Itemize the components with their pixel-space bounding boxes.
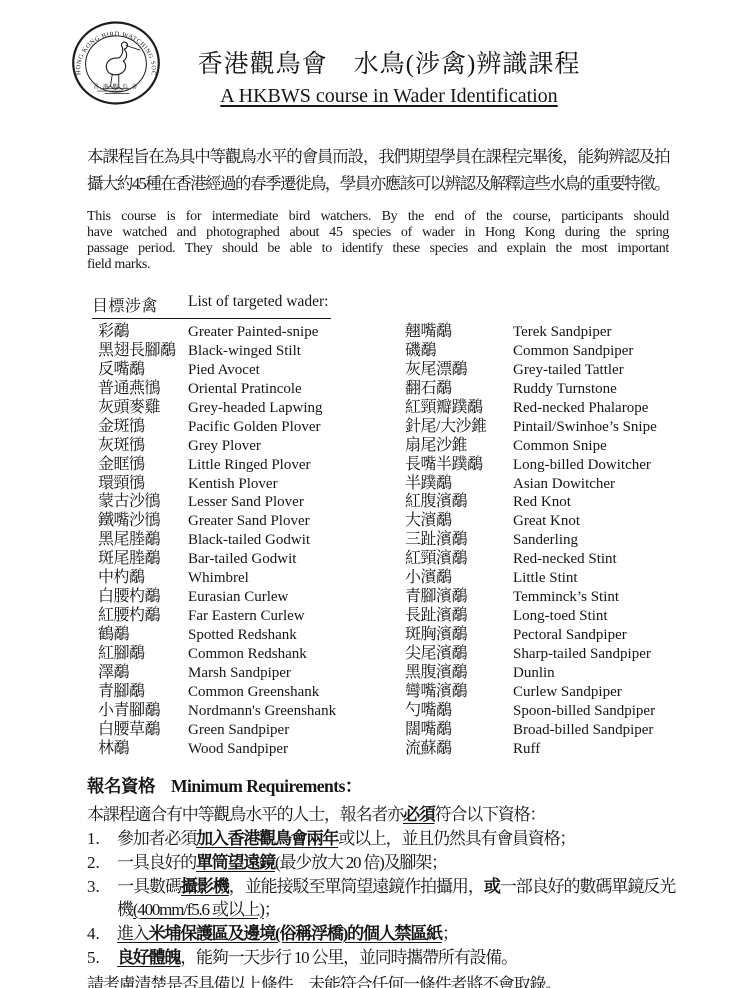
requirements-heading-cn: 報名資格 bbox=[87, 776, 155, 796]
species-row: 小青腳鷸Nordmann's Greenshank勺嘴鷸Spoon-billed… bbox=[87, 702, 687, 721]
species-cn-name: 黑尾塍鷸 bbox=[98, 531, 188, 550]
species-cn-name: 青腳鷸 bbox=[98, 683, 188, 702]
species-en-name: Whimbrel bbox=[188, 569, 405, 588]
species-en-name: Common Snipe bbox=[513, 437, 687, 456]
intro-paragraph-cn: 本課程旨在為具中等觀鳥水平的會員而設，我們期望學員在課程完畢後，能夠辨認及拍 攝… bbox=[87, 144, 669, 197]
species-cn-name: 普通燕鴴 bbox=[98, 380, 188, 399]
species-row: 彩鷸Greater Painted-snipe翹嘴鷸Terek Sandpipe… bbox=[87, 323, 687, 342]
species-cn-name: 扇尾沙錐 bbox=[405, 437, 513, 456]
text-segment: ； bbox=[264, 900, 280, 919]
species-en-name: Long-billed Dowitcher bbox=[513, 456, 687, 475]
text-segment: 單筒望遠鏡 bbox=[196, 853, 275, 872]
species-en-name: Red Knot bbox=[513, 493, 687, 512]
intro-paragraph-en: This course is for intermediate bird wat… bbox=[87, 209, 669, 273]
species-en-name: Pectoral Sandpiper bbox=[513, 626, 687, 645]
species-en-name: Pacific Golden Plover bbox=[188, 418, 405, 437]
species-en-name: Pintail/Swinhoe’s Snipe bbox=[513, 418, 687, 437]
species-en-name: Green Sandpiper bbox=[188, 721, 405, 740]
species-header: 目標涉禽 List of targeted wader: bbox=[92, 293, 331, 319]
species-en-name: Black-winged Stilt bbox=[188, 342, 405, 361]
species-en-name: Terek Sandpiper bbox=[513, 323, 687, 342]
text-segment: 米埔保護區及邊境(俗稱浮橋)的個人禁區紙 bbox=[149, 924, 442, 943]
species-cn-name: 斑胸濱鷸 bbox=[405, 626, 513, 645]
species-cn-name: 白腰杓鷸 bbox=[98, 588, 188, 607]
intro-cn-line: 本課程旨在為具中等觀鳥水平的會員而設，我們期望學員在課程完畢後，能夠辨認及拍 bbox=[87, 144, 669, 171]
species-en-name: Sanderling bbox=[513, 531, 687, 550]
species-row: 斑尾塍鷸Bar-tailed Godwit紅頸濱鷸Red-necked Stin… bbox=[87, 550, 687, 569]
species-row: 白腰草鷸Green Sandpiper闊嘴鷸Broad-billed Sandp… bbox=[87, 721, 687, 740]
species-en-name: Black-tailed Godwit bbox=[188, 531, 405, 550]
text-segment: 或以上，並且仍然具有會員資格； bbox=[338, 829, 575, 848]
species-cn-name: 白腰草鷸 bbox=[98, 721, 188, 740]
species-en-name: Ruddy Turnstone bbox=[513, 380, 687, 399]
requirement-item: 5.良好體魄，能夠一天步行 10 公里，並同時攜帶所有設備。 bbox=[87, 946, 675, 970]
requirements-footer: 請考慮清楚是否具備以上條件，未能符合任何一條件者將不會取錄。 bbox=[87, 973, 675, 988]
species-row: 環頸鴴Kentish Plover半蹼鷸Asian Dowitcher bbox=[87, 475, 687, 494]
species-row: 黑翅長腳鷸Black-winged Stilt磯鷸Common Sandpipe… bbox=[87, 342, 687, 361]
species-cn-name: 三趾濱鷸 bbox=[405, 531, 513, 550]
species-section: 目標涉禽 List of targeted wader: 彩鷸Greater P… bbox=[87, 293, 687, 759]
species-en-name: Spoon-billed Sandpiper bbox=[513, 702, 687, 721]
species-cn-name: 林鷸 bbox=[98, 740, 188, 759]
intro-en-line: This course is for intermediate bird wat… bbox=[87, 209, 669, 225]
species-en-name: Wood Sandpiper bbox=[188, 740, 405, 759]
species-en-name: Grey-tailed Tattler bbox=[513, 361, 687, 380]
intro-en-line: field marks. bbox=[87, 257, 669, 273]
species-en-name: Far Eastern Curlew bbox=[188, 607, 405, 626]
species-cn-name: 澤鷸 bbox=[98, 664, 188, 683]
species-cn-name: 紅頸濱鷸 bbox=[405, 550, 513, 569]
species-cn-name: 蒙古沙鴴 bbox=[98, 493, 188, 512]
species-cn-name: 紅頸瓣蹼鷸 bbox=[405, 399, 513, 418]
requirement-item: 3.一具數碼攝影機，並能接駁至單筒望遠鏡作拍攝用，或一部良好的數碼單鏡反光機(4… bbox=[87, 875, 675, 922]
species-cn-name: 翹嘴鷸 bbox=[405, 323, 513, 342]
intro-en-line: have watched and photographed about 45 s… bbox=[87, 225, 669, 241]
species-cn-name: 彩鷸 bbox=[98, 323, 188, 342]
species-cn-name: 鐵嘴沙鴴 bbox=[98, 512, 188, 531]
species-cn-name: 半蹼鷸 bbox=[405, 475, 513, 494]
intro-en-line: passage period. They should be able to i… bbox=[87, 241, 669, 257]
species-cn-name: 針尾/大沙錐 bbox=[405, 418, 513, 437]
species-row: 灰斑鴴Grey Plover扇尾沙錐Common Snipe bbox=[87, 437, 687, 456]
species-en-name: Ruff bbox=[513, 740, 687, 759]
species-cn-name: 黑翅長腳鷸 bbox=[98, 342, 188, 361]
text-segment: 參加者必須 bbox=[117, 829, 196, 848]
species-row: 金眶鴴Little Ringed Plover長嘴半蹼鷸Long-billed … bbox=[87, 456, 687, 475]
requirement-number: 3. bbox=[87, 875, 117, 899]
text-segment: 必須 bbox=[403, 805, 435, 824]
species-cn-name: 勺嘴鷸 bbox=[405, 702, 513, 721]
species-en-name: Common Greenshank bbox=[188, 683, 405, 702]
species-en-name: Pied Avocet bbox=[188, 361, 405, 380]
species-header-cn: 目標涉禽 bbox=[92, 293, 188, 316]
text-segment: 攝影機 bbox=[181, 877, 229, 896]
species-cn-name: 灰斑鴴 bbox=[98, 437, 188, 456]
text-segment: 或 bbox=[484, 877, 500, 896]
species-row: 黑尾塍鷸Black-tailed Godwit三趾濱鷸Sanderling bbox=[87, 531, 687, 550]
requirement-number: 1. bbox=[87, 827, 117, 851]
text-segment: 一具良好的 bbox=[117, 853, 196, 872]
species-cn-name: 流蘇鷸 bbox=[405, 740, 513, 759]
text-segment: 一具數碼 bbox=[117, 877, 181, 896]
species-cn-name: 尖尾濱鷸 bbox=[405, 645, 513, 664]
requirement-number: 2. bbox=[87, 851, 117, 875]
species-cn-name: 灰頭麥雞 bbox=[98, 399, 188, 418]
species-en-name: Great Knot bbox=[513, 512, 687, 531]
species-row: 鐵嘴沙鴴Greater Sand Plover大濱鷸Great Knot bbox=[87, 512, 687, 531]
requirements-heading-colon: ： bbox=[345, 776, 362, 796]
intro-cn-line: 攝大約45種在香港經過的春季遷徙鳥，學員亦應該可以辨認及解釋這些水鳥的重要特徵。 bbox=[87, 171, 669, 198]
species-row: 普通燕鴴Oriental Pratincole翻石鷸Ruddy Turnston… bbox=[87, 380, 687, 399]
species-row: 灰頭麥雞Grey-headed Lapwing紅頸瓣蹼鷸Red-necked P… bbox=[87, 399, 687, 418]
requirements-section: 報名資格Minimum Requirements： 本課程適合有中等觀鳥水平的人… bbox=[87, 773, 675, 988]
species-row: 澤鷸Marsh Sandpiper黑腹濱鷸Dunlin bbox=[87, 664, 687, 683]
text-segment: 進入 bbox=[117, 924, 149, 943]
species-cn-name: 大濱鷸 bbox=[405, 512, 513, 531]
text-segment: 本課程適合有中等觀鳥水平的人士，報名者亦 bbox=[87, 805, 403, 824]
species-cn-name: 長嘴半蹼鷸 bbox=[405, 456, 513, 475]
text-segment: 良好體魄 bbox=[117, 948, 180, 967]
species-cn-name: 磯鷸 bbox=[405, 342, 513, 361]
species-cn-name: 翻石鷸 bbox=[405, 380, 513, 399]
species-en-name: Red-necked Phalarope bbox=[513, 399, 687, 418]
page-title-en: A HKBWS course in Wader Identification bbox=[28, 85, 750, 108]
species-header-en: List of targeted wader: bbox=[188, 293, 331, 316]
species-en-name: Grey Plover bbox=[188, 437, 405, 456]
requirement-number: 4. bbox=[87, 922, 117, 946]
page-title-cn: 香港觀鳥會 水鳥(涉禽)辨識課程 bbox=[28, 44, 750, 80]
species-en-name: Lesser Sand Plover bbox=[188, 493, 405, 512]
species-en-name: Nordmann's Greenshank bbox=[188, 702, 405, 721]
requirement-item: 2.一具良好的單筒望遠鏡(最少放大 20 倍)及腳架； bbox=[87, 851, 675, 875]
text-segment: ； bbox=[442, 924, 458, 943]
species-en-name: Grey-headed Lapwing bbox=[188, 399, 405, 418]
species-en-name: Bar-tailed Godwit bbox=[188, 550, 405, 569]
species-en-name: Spotted Redshank bbox=[188, 626, 405, 645]
requirements-heading: 報名資格Minimum Requirements： bbox=[87, 773, 675, 798]
species-en-name: Oriental Pratincole bbox=[188, 380, 405, 399]
text-segment: 加入香港觀鳥會兩年 bbox=[196, 829, 338, 848]
document-page: HONG KONG BIRD WATCHING SOCIETY 香 港 觀 鳥 … bbox=[0, 0, 750, 988]
species-en-name: Broad-billed Sandpiper bbox=[513, 721, 687, 740]
species-row: 林鷸Wood Sandpiper流蘇鷸Ruff bbox=[87, 740, 687, 759]
species-cn-name: 小濱鷸 bbox=[405, 569, 513, 588]
species-en-name: Greater Sand Plover bbox=[188, 512, 405, 531]
species-cn-name: 黑腹濱鷸 bbox=[405, 664, 513, 683]
requirements-list: 1.參加者必須加入香港觀鳥會兩年或以上，並且仍然具有會員資格；2.一具良好的單筒… bbox=[87, 827, 675, 970]
species-en-name: Asian Dowitcher bbox=[513, 475, 687, 494]
requirement-item: 4.進入米埔保護區及邊境(俗稱浮橋)的個人禁區紙； bbox=[87, 922, 675, 946]
species-en-name: Little Stint bbox=[513, 569, 687, 588]
species-en-name: Temminck’s Stint bbox=[513, 588, 687, 607]
species-cn-name: 灰尾漂鷸 bbox=[405, 361, 513, 380]
document-header: 香港觀鳥會 水鳥(涉禽)辨識課程 A HKBWS course in Wader… bbox=[0, 44, 750, 108]
species-row: 中杓鷸Whimbrel小濱鷸Little Stint bbox=[87, 569, 687, 588]
species-cn-name: 金斑鴴 bbox=[98, 418, 188, 437]
species-en-name: Marsh Sandpiper bbox=[188, 664, 405, 683]
species-cn-name: 彎嘴濱鷸 bbox=[405, 683, 513, 702]
text-segment: ，能夠一天步行 10 公里，並同時攜帶所有設備。 bbox=[180, 948, 517, 967]
requirements-heading-en: Minimum Requirements bbox=[171, 776, 345, 796]
species-row: 白腰杓鷸Eurasian Curlew青腳濱鷸Temminck’s Stint bbox=[87, 588, 687, 607]
species-en-name: Little Ringed Plover bbox=[188, 456, 405, 475]
species-en-name: Greater Painted-snipe bbox=[188, 323, 405, 342]
species-cn-name: 中杓鷸 bbox=[98, 569, 188, 588]
requirement-item: 1.參加者必須加入香港觀鳥會兩年或以上，並且仍然具有會員資格； bbox=[87, 827, 675, 851]
species-en-name: Red-necked Stint bbox=[513, 550, 687, 569]
species-row: 蒙古沙鴴Lesser Sand Plover紅腹濱鷸Red Knot bbox=[87, 493, 687, 512]
species-en-name: Eurasian Curlew bbox=[188, 588, 405, 607]
species-cn-name: 紅腹濱鷸 bbox=[405, 493, 513, 512]
text-segment: ，並能接駁至單筒望遠鏡作拍攝用， bbox=[229, 877, 484, 896]
species-en-name: Sharp-tailed Sandpiper bbox=[513, 645, 687, 664]
species-cn-name: 鶴鷸 bbox=[98, 626, 188, 645]
species-cn-name: 青腳濱鷸 bbox=[405, 588, 513, 607]
species-row: 紅腰杓鷸Far Eastern Curlew長趾濱鷸Long-toed Stin… bbox=[87, 607, 687, 626]
species-cn-name: 紅腳鷸 bbox=[98, 645, 188, 664]
species-en-name: Common Redshank bbox=[188, 645, 405, 664]
species-cn-name: 斑尾塍鷸 bbox=[98, 550, 188, 569]
species-en-name: Dunlin bbox=[513, 664, 687, 683]
species-en-name: Curlew Sandpiper bbox=[513, 683, 687, 702]
species-en-name: Kentish Plover bbox=[188, 475, 405, 494]
species-en-name: Common Sandpiper bbox=[513, 342, 687, 361]
species-cn-name: 闊嘴鷸 bbox=[405, 721, 513, 740]
species-cn-name: 反嘴鷸 bbox=[98, 361, 188, 380]
species-row: 金斑鴴Pacific Golden Plover針尾/大沙錐Pintail/Sw… bbox=[87, 418, 687, 437]
species-row: 紅腳鷸Common Redshank尖尾濱鷸Sharp-tailed Sandp… bbox=[87, 645, 687, 664]
species-en-name: Long-toed Stint bbox=[513, 607, 687, 626]
requirements-intro: 本課程適合有中等觀鳥水平的人士，報名者亦必須符合以下資格： bbox=[87, 803, 675, 826]
species-cn-name: 小青腳鷸 bbox=[98, 702, 188, 721]
species-row: 反嘴鷸Pied Avocet灰尾漂鷸Grey-tailed Tattler bbox=[87, 361, 687, 380]
species-row: 鶴鷸Spotted Redshank斑胸濱鷸Pectoral Sandpiper bbox=[87, 626, 687, 645]
species-cn-name: 長趾濱鷸 bbox=[405, 607, 513, 626]
species-table: 彩鷸Greater Painted-snipe翹嘴鷸Terek Sandpipe… bbox=[87, 323, 687, 759]
text-segment: 符合以下資格： bbox=[435, 805, 546, 824]
species-cn-name: 環頸鴴 bbox=[98, 475, 188, 494]
species-row: 青腳鷸Common Greenshank彎嘴濱鷸Curlew Sandpiper bbox=[87, 683, 687, 702]
species-cn-name: 紅腰杓鷸 bbox=[98, 607, 188, 626]
species-cn-name: 金眶鴴 bbox=[98, 456, 188, 475]
text-segment: (最少放大 20 倍)及腳架； bbox=[275, 853, 447, 872]
requirement-number: 5. bbox=[87, 946, 117, 970]
text-segment: (400mm/f5.6 或以上) bbox=[133, 900, 264, 919]
